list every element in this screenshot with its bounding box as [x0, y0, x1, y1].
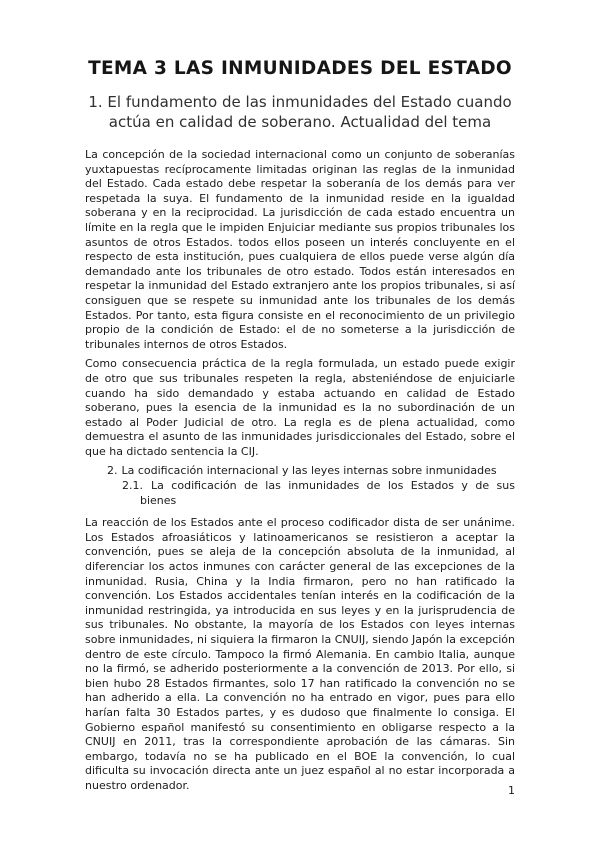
- outline-item-2-number: 2.: [107, 464, 118, 477]
- document-title: TEMA 3 LAS INMUNIDADES DEL ESTADO: [85, 57, 515, 81]
- outline-item-2-1: 2.1.La codificación de las inmunidades d…: [122, 479, 515, 508]
- paragraph-2: Como consecuencia práctica de la regla f…: [85, 357, 515, 459]
- outline-item-2-label: La codificación internacional y las leye…: [122, 464, 497, 477]
- outline-list: 2.La codificación internacional y las le…: [85, 464, 515, 508]
- document-page: TEMA 3 LAS INMUNIDADES DEL ESTADO 1. El …: [0, 0, 599, 848]
- outline-item-2-1-label: La codificación de las inmunidades de lo…: [140, 479, 515, 507]
- paragraph-3: La reacción de los Estados ante el proce…: [85, 516, 515, 793]
- outline-item-2-1-number: 2.1.: [122, 479, 143, 492]
- section-heading-1: 1. El fundamento de las inmunidades del …: [85, 93, 515, 132]
- outline-item-2: 2.La codificación internacional y las le…: [107, 464, 515, 479]
- page-number: 1: [508, 784, 515, 797]
- paragraph-1: La concepción de la sociedad internacion…: [85, 148, 515, 352]
